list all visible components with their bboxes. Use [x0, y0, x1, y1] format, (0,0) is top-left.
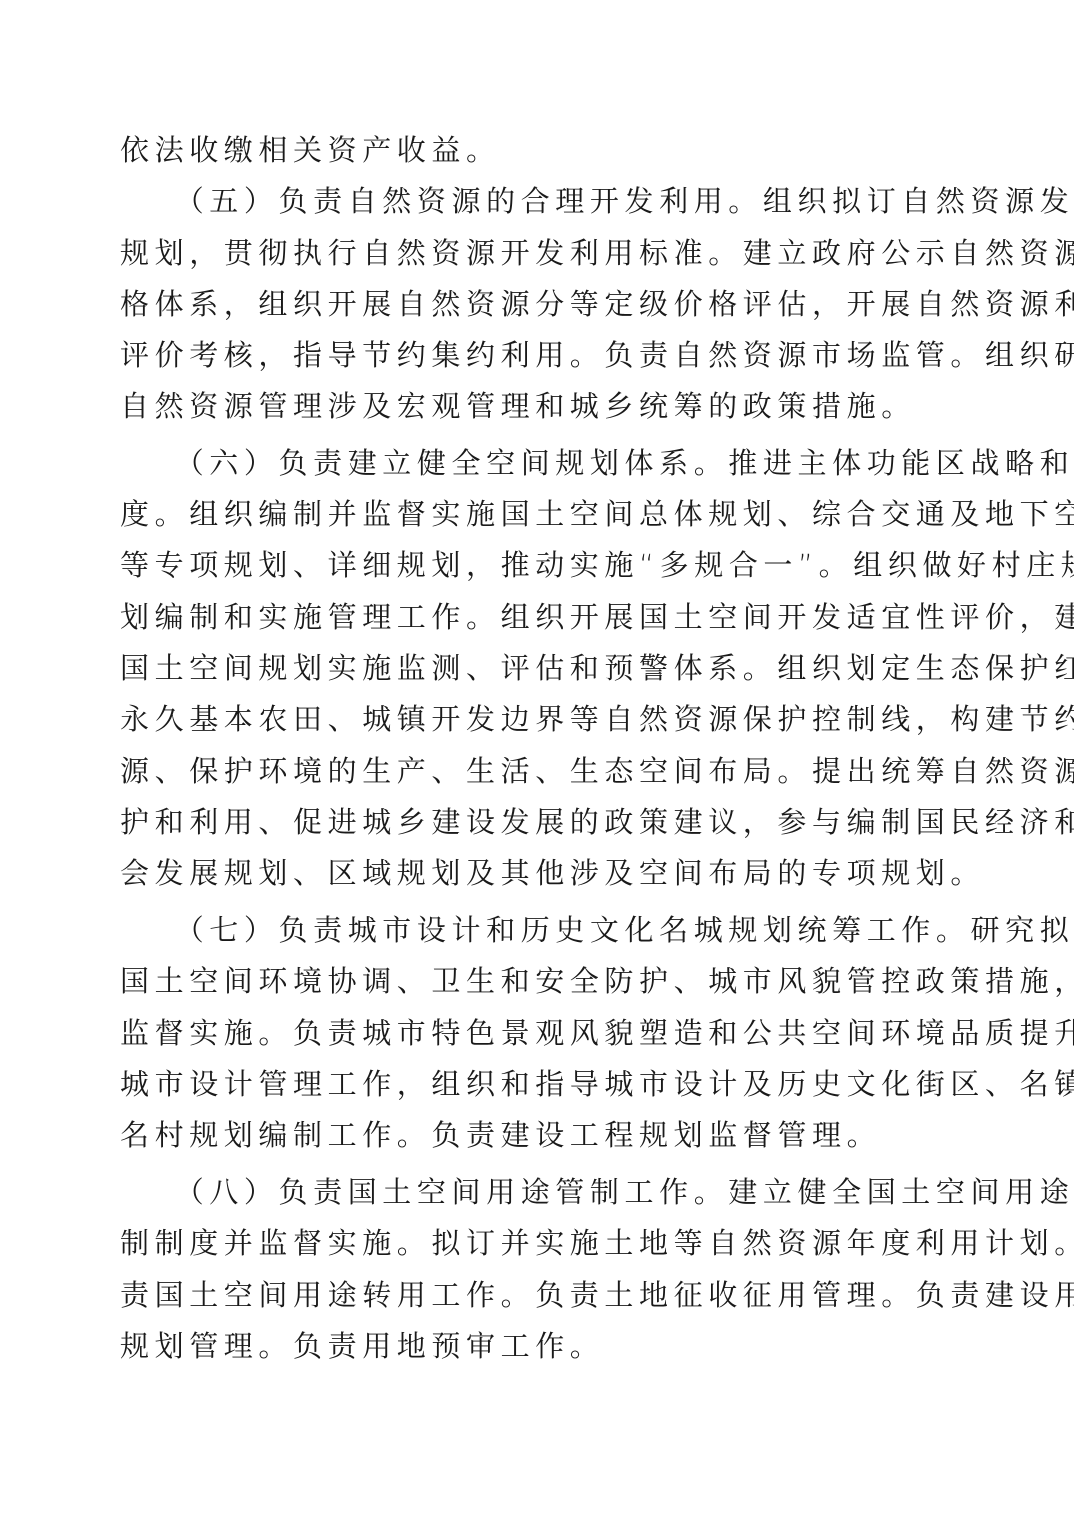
text-line: 格体系，组织开展自然资源分等定级价格评估，开展自然资源利用 — [120, 281, 960, 327]
text-line: 国土空间环境协调、卫生和安全防护、城市风貌管控政策措施，并 — [120, 958, 960, 1004]
text-line: 依法收缴相关资产收益。 — [120, 127, 960, 173]
text-line: 自然资源管理涉及宏观管理和城乡统筹的政策措施。 — [120, 383, 960, 429]
text-line: 评价考核，指导节约集约利用。负责自然资源市场监管。组织研究 — [120, 332, 960, 378]
document-page: 依法收缴相关资产收益。 （五）负责自然资源的合理开发利用。组织拟订自然资源发展 … — [0, 0, 1074, 1520]
text-line: 永久基本农田、城镇开发边界等自然资源保护控制线，构建节约资 — [120, 696, 960, 742]
text-line: 源、保护环境的生产、生活、生态空间布局。提出统筹自然资源保 — [120, 748, 960, 794]
paragraph-8-heading-line: （八）负责国土空间用途管制工作。建立健全国土空间用途管 — [120, 1169, 960, 1215]
text-line: 国土空间规划实施监测、评估和预警体系。组织划定生态保护红线、 — [120, 645, 960, 691]
paragraph-5-heading-line: （五）负责自然资源的合理开发利用。组织拟订自然资源发展 — [120, 178, 960, 224]
text-line: 度。组织编制并监督实施国土空间总体规划、综合交通及地下空间 — [120, 491, 960, 537]
text-line: 城市设计管理工作，组织和指导城市设计及历史文化街区、名镇、 — [120, 1061, 960, 1107]
text-line: 制制度并监督实施。拟订并实施土地等自然资源年度利用计划。负 — [120, 1220, 960, 1266]
text-line: 名村规划编制工作。负责建设工程规划监督管理。 — [120, 1112, 960, 1158]
text-line: 监督实施。负责城市特色景观风貌塑造和公共空间环境品质提升等 — [120, 1010, 960, 1056]
text-line: 规划管理。负责用地预审工作。 — [120, 1323, 960, 1369]
text-line: 护和利用、促进城乡建设发展的政策建议，参与编制国民经济和社 — [120, 799, 960, 845]
text-line: 会发展规划、区域规划及其他涉及空间布局的专项规划。 — [120, 850, 960, 896]
text-line: 规划，贯彻执行自然资源开发利用标准。建立政府公示自然资源价 — [120, 230, 960, 276]
text-line: 等专项规划、详细规划，推动实施“多规合一”。组织做好村庄规 — [120, 542, 960, 588]
text-line: 划编制和实施管理工作。组织开展国土空间开发适宜性评价，建立 — [120, 594, 960, 640]
text-line: 责国土空间用途转用工作。负责土地征收征用管理。负责建设用地 — [120, 1272, 960, 1318]
paragraph-6-heading-line: （六）负责建立健全空间规划体系。推进主体功能区战略和制 — [120, 440, 960, 486]
paragraph-7-heading-line: （七）负责城市设计和历史文化名城规划统筹工作。研究拟订 — [120, 907, 960, 953]
